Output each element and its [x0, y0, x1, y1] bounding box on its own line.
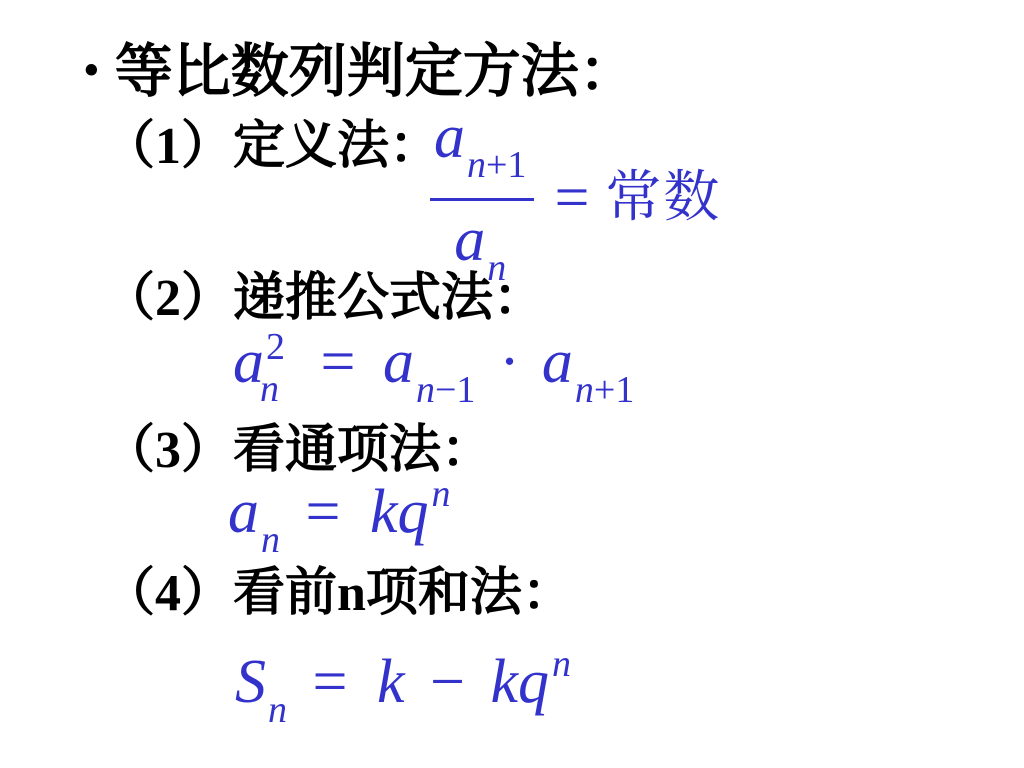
term-base: kq — [370, 478, 429, 546]
term-base: a — [383, 328, 414, 396]
term-base: kq — [490, 648, 549, 716]
method-item-4-label: （4）看前n项和法： — [103, 565, 574, 622]
equals-sign: = — [306, 478, 341, 546]
constant-text: 常数 — [605, 170, 721, 226]
formula-recurrence: a 2 n = an−1 · an+1 — [233, 328, 634, 409]
term-k: k — [377, 648, 405, 716]
equals-sign: = — [313, 648, 348, 716]
fraction-numerator: an+1 — [430, 106, 534, 198]
sub-sup-stack: 2 n — [266, 328, 285, 408]
slide-title-row: •等比数列判定方法： — [84, 42, 637, 103]
formula-sum: Sn = k − kqn — [235, 645, 571, 729]
fraction-denominator: an — [450, 201, 514, 289]
equals-sign: = — [321, 328, 356, 396]
method-item-3-label: （3）看通项法： — [103, 422, 493, 479]
equals-sign: = — [554, 167, 589, 229]
term-base: S — [235, 648, 266, 716]
formula-definition: an+1 an = 常数 — [430, 106, 721, 289]
formula-general-term: an = kqn — [228, 475, 451, 559]
term-base: a — [542, 328, 573, 396]
minus-sign: − — [430, 648, 465, 716]
term-base: a — [228, 478, 259, 546]
slide-title: 等比数列判定方法： — [115, 39, 637, 104]
multiplication-dot: · — [501, 328, 517, 396]
slide: •等比数列判定方法： （1）定义法： （2）递推公式法： （3）看通项法： （4… — [0, 0, 1024, 768]
method-item-1-label: （1）定义法： — [103, 118, 441, 175]
bullet-icon: • — [84, 48, 99, 94]
fraction: an+1 an — [430, 106, 534, 289]
